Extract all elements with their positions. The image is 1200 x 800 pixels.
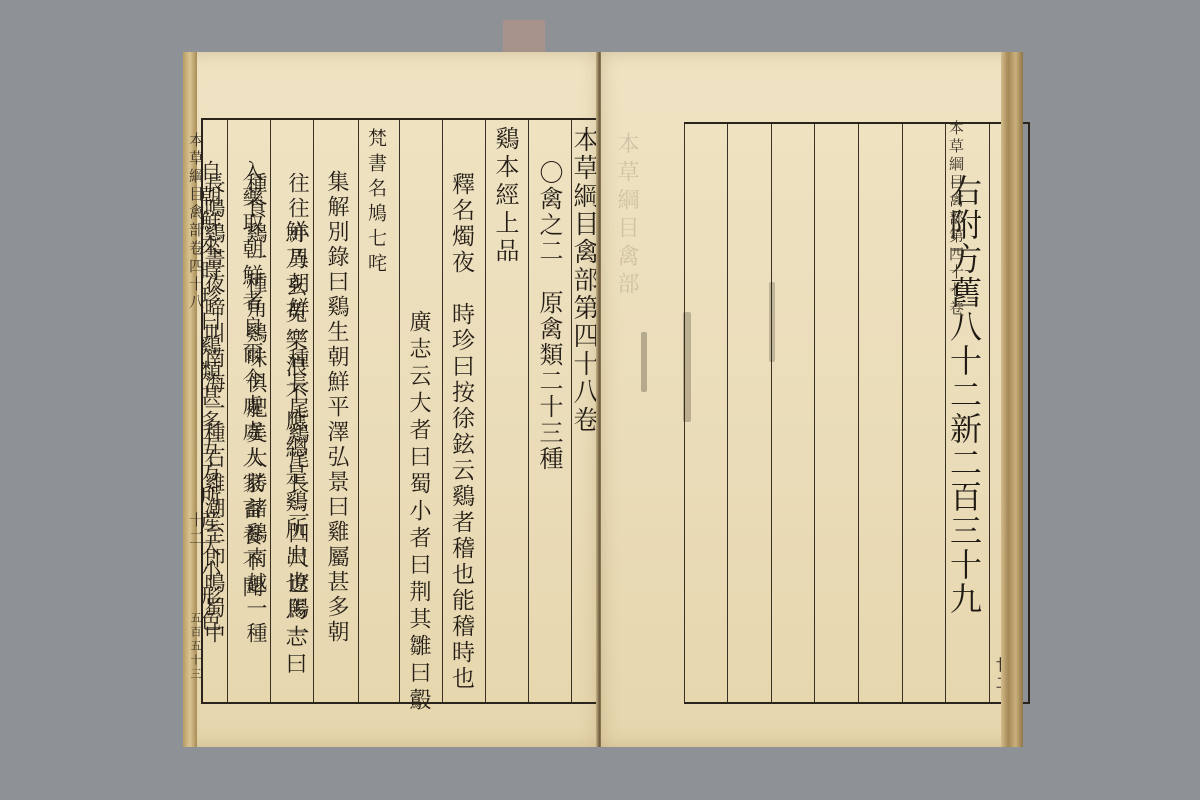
left-page: 本草綱目禽部卷四十八 十二 五百五十三 本草綱目禽部第四十八卷 〇禽之二 原禽類… [183, 52, 598, 747]
column-rule [814, 124, 815, 702]
open-book: 本草綱目禽部卷四十八 十二 五百五十三 本草綱目禽部第四十八卷 〇禽之二 原禽類… [183, 52, 1023, 747]
column-rule [528, 120, 529, 702]
section-heading: 〇禽之二 原禽類二十三種 [537, 160, 561, 472]
column-rule [358, 120, 359, 702]
column-rule [902, 124, 903, 702]
column-rule [771, 124, 772, 702]
column-rule [727, 124, 728, 702]
entry-title: 鷄本經上品 [493, 126, 517, 266]
volume-heading: 本草綱目禽部第四十八卷 [571, 126, 597, 434]
column-rule [270, 120, 271, 702]
show-through-text: 本草綱目禽部 [611, 132, 642, 300]
column-rule [227, 120, 228, 702]
column-rule [485, 120, 486, 702]
ink-smudge [683, 312, 691, 422]
body-column-4: 集解別錄曰鷄生朝鮮平澤弘景曰雞屬甚多朝 [325, 170, 347, 645]
body-column-9: 種食鷄一種角鷄味俱肥美大勝諸鷄南越一種 [245, 172, 266, 647]
page-edge-right [1001, 52, 1023, 747]
column-rule [313, 120, 314, 702]
column-rule [442, 120, 443, 702]
right-page: 本草綱目禽部 右附方舊八十二新二百三十九 本草綱目禽部第四十七卷 廿二 [601, 52, 1023, 747]
ink-smudge [769, 282, 775, 362]
body-column-8: 往往亦異朝鮮一種長尾鷄尾長三四尺遼陽一 [287, 172, 308, 647]
right-margin-title: 本草綱目禽部第四十七卷 [946, 120, 967, 318]
body-column-10: 長鳴鷄晝夜啼叫南海一種石雞潮至即鳴蜀中 [203, 172, 224, 647]
printed-frame-right: 右附方舊八十二新二百三十九 [684, 122, 1030, 704]
column-rule [989, 124, 990, 702]
body-column-2: 廣志云大者曰蜀小者曰荆其雛曰鷇 [407, 310, 429, 715]
ink-smudge [641, 332, 647, 392]
body-column-1: 釋名燭夜 時珍曰按徐鉉云鷄者稽也能稽時也 [449, 172, 472, 692]
body-column-3: 梵書名鳩七咤 [366, 128, 385, 278]
column-rule [399, 120, 400, 702]
column-rule [858, 124, 859, 702]
